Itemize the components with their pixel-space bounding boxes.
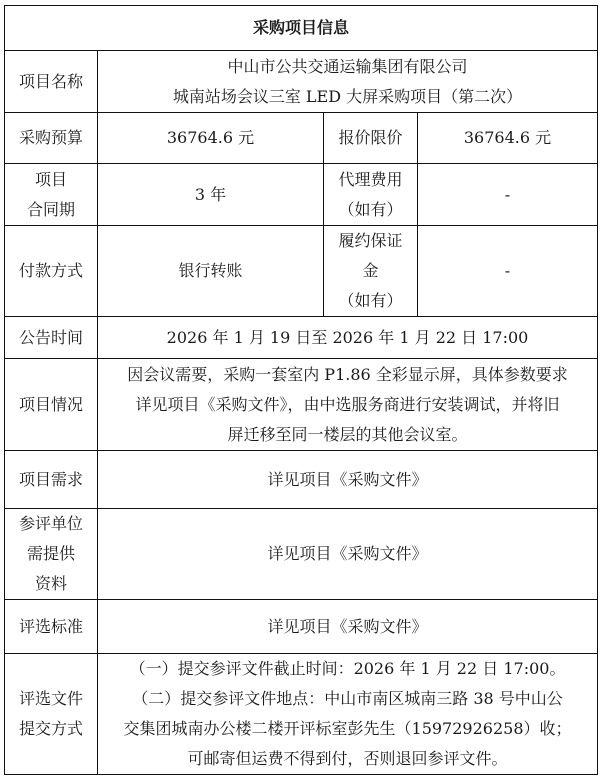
- label-materials-line3: 资料: [7, 569, 95, 599]
- value-situation: 因会议需要，采购一套室内 P1.86 全彩显示屏，具体参数要求 详见项目《采购文…: [98, 359, 598, 451]
- label-materials-line1: 参评单位: [7, 509, 95, 539]
- label-announcement: 公告时间: [5, 317, 98, 359]
- submission-line3: 交集团城南办公楼二楼开评标室彭先生（15972926258）收；: [100, 714, 595, 744]
- row-materials: 参评单位 需提供 资料 详见项目《采购文件》: [5, 509, 598, 600]
- row-payment: 付款方式 银行转账 履约保证 金 （如有） -: [5, 226, 598, 317]
- row-contract-period: 项目 合同期 3 年 代理费用 （如有） -: [5, 164, 598, 226]
- label-materials: 参评单位 需提供 资料: [5, 509, 98, 600]
- value-requirements: 详见项目《采购文件》: [98, 451, 598, 509]
- value-announcement: 2026 年 1 月 19 日至 2026 年 1 月 22 日 17:00: [98, 317, 598, 359]
- title-row: 采购项目信息: [5, 6, 598, 51]
- row-requirements: 项目需求 详见项目《采购文件》: [5, 451, 598, 509]
- label-criteria: 评选标准: [5, 600, 98, 654]
- label-bond-line3: （如有）: [326, 286, 415, 316]
- label-contract-period-line1: 项目: [7, 165, 95, 195]
- label-materials-line2: 需提供: [7, 539, 95, 569]
- project-name-line1: 中山市公共交通运输集团有限公司: [100, 52, 595, 82]
- row-situation: 项目情况 因会议需要，采购一套室内 P1.86 全彩显示屏，具体参数要求 详见项…: [5, 359, 598, 451]
- value-payment: 银行转账: [98, 226, 324, 317]
- row-budget: 采购预算 36764.6 元 报价限价 36764.6 元: [5, 113, 598, 164]
- table-title: 采购项目信息: [5, 6, 598, 51]
- value-agency-fee: -: [418, 164, 598, 226]
- value-price-limit: 36764.6 元: [418, 113, 598, 164]
- value-submission: （一）提交参评文件截止时间：2026 年 1 月 22 日 17:00。 （二）…: [98, 654, 598, 775]
- label-requirements: 项目需求: [5, 451, 98, 509]
- label-situation: 项目情况: [5, 359, 98, 451]
- submission-line2: （二）提交参评文件地点：中山市南区城南三路 38 号中山公: [100, 684, 595, 714]
- label-submission-line2: 提交方式: [7, 714, 95, 744]
- row-project-name: 项目名称 中山市公共交通运输集团有限公司 城南站场会议三室 LED 大屏采购项目…: [5, 51, 598, 113]
- situation-line2: 详见项目《采购文件》，由中选服务商进行安装调试，并将旧: [100, 390, 595, 420]
- row-announcement: 公告时间 2026 年 1 月 19 日至 2026 年 1 月 22 日 17…: [5, 317, 598, 359]
- value-performance-bond: -: [418, 226, 598, 317]
- label-bond-line1: 履约保证: [326, 226, 415, 256]
- label-payment: 付款方式: [5, 226, 98, 317]
- situation-line3: 屏迁移至同一楼层的其他会议室。: [100, 420, 595, 450]
- label-price-limit: 报价限价: [324, 113, 418, 164]
- submission-line4: 可邮寄但运费不得到付，否则退回参评文件。: [100, 744, 595, 774]
- situation-line1: 因会议需要，采购一套室内 P1.86 全彩显示屏，具体参数要求: [100, 360, 595, 390]
- label-project-name: 项目名称: [5, 51, 98, 113]
- label-submission-line1: 评选文件: [7, 684, 95, 714]
- project-name-line2: 城南站场会议三室 LED 大屏采购项目（第二次）: [100, 82, 595, 112]
- label-agency-fee-line1: 代理费用: [326, 165, 415, 195]
- row-submission: 评选文件 提交方式 （一）提交参评文件截止时间：2026 年 1 月 22 日 …: [5, 654, 598, 775]
- label-bond-line2: 金: [326, 256, 415, 286]
- label-agency-fee-line2: （如有）: [326, 195, 415, 225]
- row-criteria: 评选标准 详见项目《采购文件》: [5, 600, 598, 654]
- value-contract-period: 3 年: [98, 164, 324, 226]
- value-criteria: 详见项目《采购文件》: [98, 600, 598, 654]
- label-budget: 采购预算: [5, 113, 98, 164]
- label-contract-period-line2: 合同期: [7, 195, 95, 225]
- label-submission: 评选文件 提交方式: [5, 654, 98, 775]
- submission-line1: （一）提交参评文件截止时间：2026 年 1 月 22 日 17:00。: [100, 654, 595, 684]
- label-performance-bond: 履约保证 金 （如有）: [324, 226, 418, 317]
- value-project-name: 中山市公共交通运输集团有限公司 城南站场会议三室 LED 大屏采购项目（第二次）: [98, 51, 598, 113]
- value-materials: 详见项目《采购文件》: [98, 509, 598, 600]
- procurement-info-table: 采购项目信息 项目名称 中山市公共交通运输集团有限公司 城南站场会议三室 LED…: [4, 5, 598, 775]
- value-budget: 36764.6 元: [98, 113, 324, 164]
- label-contract-period: 项目 合同期: [5, 164, 98, 226]
- label-agency-fee: 代理费用 （如有）: [324, 164, 418, 226]
